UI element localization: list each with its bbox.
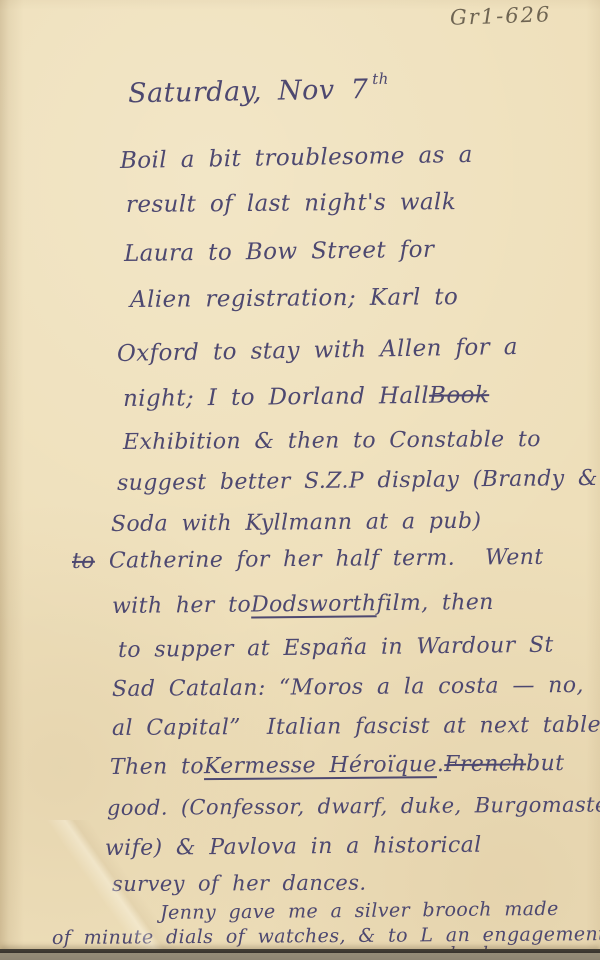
handwriting-segment: with her to <box>112 593 251 619</box>
handwriting-segment: Italian fascist at next table. <box>267 713 600 740</box>
handwriting-segment: result of last night's walk <box>126 189 456 218</box>
handwriting-segment: but <box>526 751 565 776</box>
handwriting-segment: Oxford to stay with Allen for a <box>117 334 518 367</box>
handwriting-segment: survey of her dances. <box>112 871 367 896</box>
handwriting-segment: Dodsworth <box>251 591 377 617</box>
diary-line: Alien registration; Karl to <box>130 284 458 313</box>
handwriting-segment: wife) & Pavlova in a historical <box>105 833 482 861</box>
handwriting-segment: to supper at España in Wardour St <box>118 633 554 663</box>
handwriting-segment: Then to <box>110 754 204 780</box>
page-bottom-edge <box>0 949 600 960</box>
entry-date-text: Saturday, Nov 7 <box>128 74 369 109</box>
diary-line: result of last night's walk <box>126 189 456 218</box>
handwriting-segment: film, then <box>376 590 494 616</box>
diary-line: Laura to Bow Street for <box>124 237 435 267</box>
entry-date-heading: Saturday, Nov 7th <box>128 70 390 110</box>
handwriting-segment: suggest better S.Z.P display (Brandy & <box>117 466 598 496</box>
diary-page: Gr1-626 Saturday, Nov 7th Boil a bit tro… <box>0 0 600 960</box>
handwriting-segment: Jenny gave me a silver brooch made <box>160 898 559 924</box>
handwriting-segment: Catherine for her half term. <box>109 546 455 574</box>
diary-line: Sad Catalan: “Moros a la costa — no, <box>112 673 584 702</box>
handwriting-segment: Exhibition & then to Constable to <box>123 427 541 455</box>
diary-line: Exhibition & then to Constable to <box>123 427 541 455</box>
handwriting-segment: good. (Confessor, dwarf, duke, Burgomast… <box>107 792 600 820</box>
handwriting-segment: French <box>444 751 526 777</box>
handwriting-segment: Laura to Bow Street for <box>124 237 435 267</box>
handwriting-segment: to <box>72 549 95 574</box>
entry-date-ordinal: th <box>372 70 389 88</box>
diary-line: Oxford to stay with Allen for a <box>117 334 518 367</box>
handwriting-segment: Sad Catalan: “Moros a la costa — no, <box>112 673 584 702</box>
diary-line: to supper at España in Wardour St <box>118 633 554 663</box>
diary-line: suggest better S.Z.P display (Brandy & <box>117 466 598 496</box>
handwriting-segment: al Capital” <box>112 715 241 741</box>
diary-line: wife) & Pavlova in a historical <box>105 833 482 861</box>
diary-line: Boil a bit troublesome as a <box>120 142 473 174</box>
diary-line: good. (Confessor, dwarf, duke, Burgomast… <box>107 792 600 820</box>
diary-line: toCatherine for her half term.Went <box>72 545 544 574</box>
handwriting-segment: Went <box>485 545 544 571</box>
diary-line: of minute dials of watches, & to L an en… <box>52 923 600 949</box>
handwriting-segment: Alien registration; Karl to <box>130 284 458 313</box>
handwriting-segment: Soda with Kyllmann at a pub) <box>111 509 482 537</box>
diary-line: survey of her dances. <box>112 871 367 896</box>
diary-line: al Capital”Italian fascist at next table… <box>112 713 600 741</box>
diary-line: Then to Kermesse Héroïque. French but <box>110 751 565 780</box>
handwriting-segment: Boil a bit troublesome as a <box>120 142 473 174</box>
handwriting-segment: Kermesse Héroïque <box>204 752 437 779</box>
archive-reference: Gr1-626 <box>450 2 552 30</box>
handwriting-segment: Book <box>429 382 489 409</box>
handwriting-segment: night; I to Dorland Hall <box>123 383 429 412</box>
handwriting-segment: of minute dials of watches, & to L an en… <box>52 923 600 949</box>
diary-line: Jenny gave me a silver brooch made <box>160 898 559 924</box>
diary-line: Soda with Kyllmann at a pub) <box>111 509 482 537</box>
diary-line: night; I to Dorland Hall Book <box>123 382 489 412</box>
diary-line: with her to Dodsworth film, then <box>112 590 494 619</box>
